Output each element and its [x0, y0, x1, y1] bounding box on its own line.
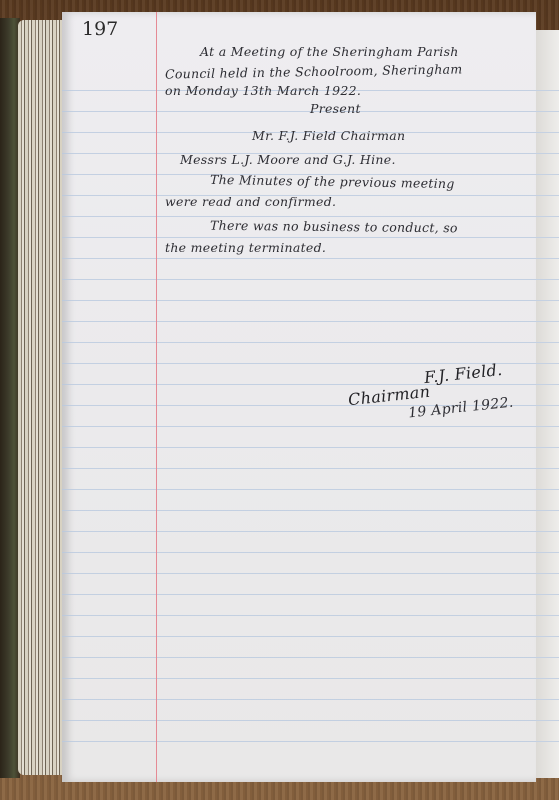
minutes-line-3: on Monday 13th March 1922.	[165, 83, 361, 98]
page-number: 197	[82, 18, 118, 40]
red-margin-line	[156, 12, 157, 782]
minutes-present-heading: Present	[310, 101, 361, 116]
minutes-line-10: the meeting terminated.	[165, 240, 326, 255]
adjacent-page-edge	[534, 30, 559, 778]
minutes-chairman-line: Mr. F.J. Field Chairman	[252, 128, 405, 143]
minutes-line-8: were read and confirmed.	[165, 194, 336, 209]
book-spine	[0, 18, 20, 778]
minutes-line-1: At a Meeting of the Sheringham Parish	[200, 44, 459, 59]
minutes-attendees-line: Messrs L.J. Moore and G.J. Hine.	[180, 152, 396, 167]
page-stack-edges	[18, 20, 64, 775]
minutes-line-9: There was no business to conduct, so	[210, 218, 458, 236]
